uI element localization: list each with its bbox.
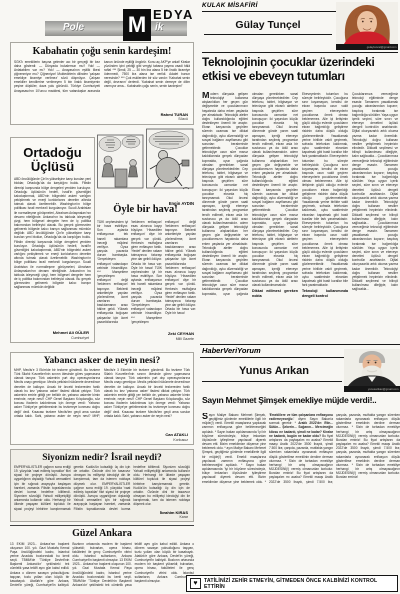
gulay-photo-image bbox=[336, 2, 398, 44]
headline-line1: Teknolojinin çocuklar üzerindeki bbox=[202, 56, 398, 70]
author-photo-yunus bbox=[344, 349, 400, 386]
article-yabanci: Yabancı asker de neyin nesi? MHP, Meclis… bbox=[10, 352, 194, 445]
ortadogu-body: ABD öncülüğünde Çin'in yükselişine karşı… bbox=[14, 177, 91, 329]
yabanci-headline: Yabancı asker de neyin nesi? bbox=[14, 356, 190, 366]
author-photo-gulay bbox=[336, 2, 398, 44]
body-text: ayın Maliye Bakanı Mehmet Şimşek, geçtiğ… bbox=[202, 413, 266, 484]
author-email-bar: yunusarikan@gmail.com bbox=[344, 386, 400, 392]
yabanci-signature: Can ATAKLI Korkusuz bbox=[165, 433, 188, 442]
ortadogu-title-line2: Üçlüsü bbox=[14, 160, 91, 174]
body-text: Çocuklarımıza vereceğimiz teknoloji eğit… bbox=[352, 92, 398, 291]
article-subhead: Teknoloji kullanımında dengeli kontrol bbox=[302, 289, 348, 298]
article-subhead: Dikkat edilmesi gereken nokta bbox=[252, 289, 298, 298]
headline-line2: etkisi ve ebeveyn tutumları bbox=[202, 70, 398, 84]
author-yunus-arikan: Yunus Arıkan bbox=[208, 365, 340, 377]
siyonizm-body: EMPERYALİSTLER çağının sona erdiği 19. y… bbox=[14, 465, 190, 511]
article-ortadogu: Ortadoğu Üçlüsü ABD öncülüğünde Çin'in y… bbox=[10, 137, 95, 343]
author-email-bar: gulaytuncel@gmail.com bbox=[336, 44, 398, 50]
author-gulay-tuncel: Gülay Tunçel bbox=[204, 19, 332, 31]
divider bbox=[202, 381, 342, 382]
siyonizm-headline: Siyonizm nedir? İsrail neydi? bbox=[14, 453, 190, 463]
simsek-article-body: Sayın Maliye Bakanı Mehmet Şimşek, geçti… bbox=[202, 413, 400, 572]
ortadogu-title-line1: Ortadoğu bbox=[14, 146, 91, 160]
logo-m-letter: M bbox=[128, 12, 146, 38]
logo-ik-text: ik bbox=[155, 22, 163, 33]
banner-text: TATİLİNİZİ ZEHİR ETMEYİN, GİTMEDEN ÖNCE … bbox=[204, 578, 394, 590]
kabahat-body: SGK'lı emeklilerin başına gelenler acı b… bbox=[14, 60, 190, 114]
section-haberveriyorum: HaberVeriYorum bbox=[202, 346, 261, 355]
yabanci-body: MHP, Meclis'e 3 Ekim'de bir tezkere gönd… bbox=[14, 368, 190, 434]
dropcap: M bbox=[202, 92, 210, 100]
article-kabahat: Kabahatin çoğu senin kardeşim! SGK'lı em… bbox=[10, 42, 194, 125]
columnist-paper: Cumhuriyet bbox=[53, 336, 89, 340]
divider bbox=[202, 52, 398, 53]
columnist-paper: Milli Gazete bbox=[128, 337, 194, 341]
oyle-body: TÜİK cephesinden iyi bir hava estiriliyo… bbox=[97, 220, 196, 330]
columnist-paper: Korkusuz bbox=[165, 438, 188, 442]
siyonizm-signature: İbrahim KIRAS Karar bbox=[160, 511, 188, 520]
guzel-body: 13 EKİM 1923... Ankara'nın başkent oluşu… bbox=[10, 542, 194, 589]
guzel-headline: Güzel Ankara bbox=[10, 528, 194, 539]
yunus-photo-image bbox=[344, 349, 400, 386]
divider bbox=[200, 344, 400, 345]
logo-edya-text: EDYA bbox=[153, 7, 194, 22]
ortadogu-signature: Mehmet Ali GÜLER Cumhuriyet bbox=[53, 331, 89, 340]
article-guzel-ankara: Güzel Ankara 13 EKİM 1923... Ankara'nın … bbox=[10, 525, 194, 590]
simsek-headline: Sayın Mehmet Şimşek emekliye müjde verdi… bbox=[202, 395, 400, 405]
logo-pole-text: Pole bbox=[63, 22, 84, 33]
masthead-logo: Pole M ik EDYA bbox=[45, 6, 190, 38]
columnist-paper: Sözcü bbox=[161, 117, 188, 121]
dropcap: S bbox=[202, 413, 209, 421]
health-banner: ♥ TATİLİNİZİ ZEHİR ETMEYİN, GİTMEDEN ÖNC… bbox=[186, 575, 398, 592]
kabahat-headline: Kabahatin çoğu senin kardeşim! bbox=[14, 46, 190, 57]
body-text: odern dünyada gelişen teknolojiyi kullan… bbox=[202, 92, 298, 296]
body-text: Ebeveynlerin tutumları bu süreçte belirl… bbox=[302, 92, 348, 287]
newspaper-page: Pole M ik EDYA Kabahatin çoğu senin kard… bbox=[0, 0, 400, 594]
logo-m-box: M bbox=[123, 9, 151, 41]
divider bbox=[204, 34, 332, 35]
editorial-cartoon: Engin AYDIN bbox=[97, 127, 194, 195]
section-kulak-misafiri: KULAK MİSAFİRİ bbox=[202, 2, 258, 9]
heart-icon: ♥ bbox=[190, 578, 201, 589]
gulay-article-body: Modern dünyada gelişen teknolojiyi kulla… bbox=[202, 92, 398, 342]
columnist-paper: Karar bbox=[160, 515, 188, 519]
oyle-signature: Zeki CEYHAN Milli Gazete bbox=[128, 332, 194, 341]
ortadogu-title: Ortadoğu Üçlüsü bbox=[14, 146, 91, 173]
cartoon-image bbox=[97, 127, 194, 195]
oyle-headline: Öyle bir hava! bbox=[97, 204, 194, 215]
gulay-article-headline: Teknolojinin çocuklar üzerindeki etkisi … bbox=[202, 56, 398, 84]
article-siyonizm: Siyonizm nedir? İsrail neydi? EMPERYALİS… bbox=[10, 449, 194, 522]
kabahat-signature: Rahmi TURAN Sözcü bbox=[161, 113, 188, 122]
